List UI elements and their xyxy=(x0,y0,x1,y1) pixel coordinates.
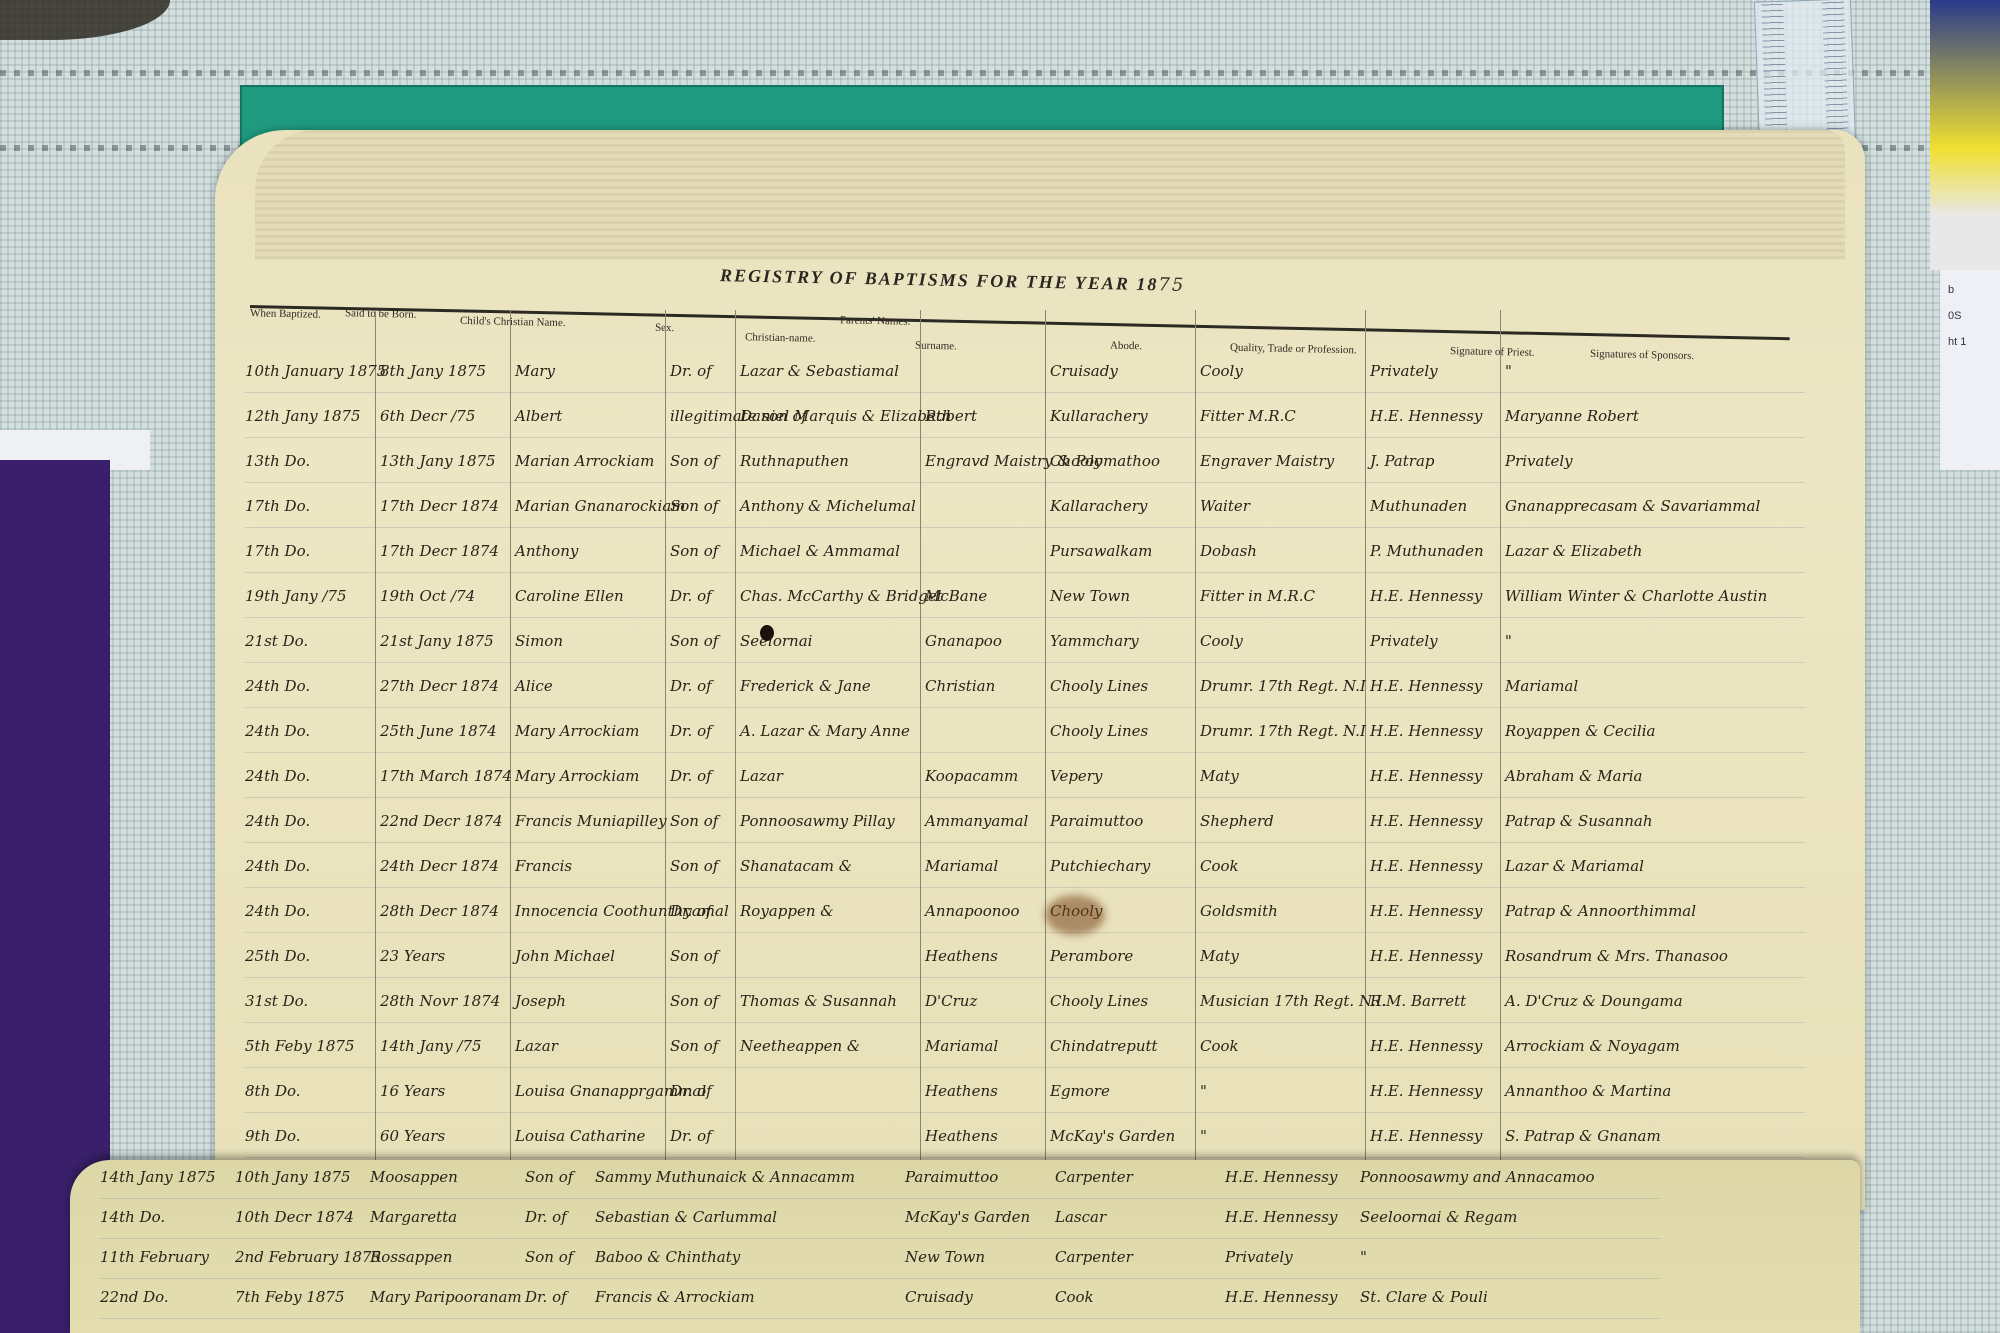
cell-name: Caroline Ellen xyxy=(515,587,695,605)
cell-name: Marian Arrockiam xyxy=(515,452,695,470)
page-title: REGISTRY OF BAPTISMS FOR THE YEAR 1875 xyxy=(720,265,1186,296)
cell-priest: H.E. Hennessy xyxy=(1370,1082,1510,1100)
cell-abode: Cruisady xyxy=(1050,362,1200,380)
cell-sex: Son of xyxy=(670,497,740,515)
cell-trade: Cook xyxy=(1200,1037,1380,1055)
cell-born: 28th Decr 1874 xyxy=(380,902,520,920)
cell-sponsors: Gnanapprecasam & Savariammal xyxy=(1505,497,1795,515)
cell-born: 2nd February 1875 xyxy=(235,1248,375,1266)
cell-parents-christian: Chas. McCarthy & Bridget xyxy=(740,587,930,605)
cell-trade: Waiter xyxy=(1200,497,1380,515)
cell-born: 6th Decr /75 xyxy=(380,407,520,425)
cell-abode: Pursawalkam xyxy=(1050,542,1200,560)
notecard: b 0S ht 1 xyxy=(1940,270,2000,470)
cell-sponsors: A. D'Cruz & Doungama xyxy=(1505,992,1795,1010)
col-header-name: Child's Christian Name. xyxy=(460,315,566,329)
cell-trade: Cook xyxy=(1200,857,1380,875)
cell-parents-christian: Sebastian & Carlummal xyxy=(595,1208,785,1226)
cell-parents-christian: Francis & Arrockiam xyxy=(595,1288,785,1306)
cell-baptized: 11th February xyxy=(100,1248,230,1266)
cell-sponsors: " xyxy=(1505,632,1795,650)
cell-priest: H.E. Hennessy xyxy=(1370,902,1510,920)
cell-born: 25th June 1874 xyxy=(380,722,520,740)
col-header-parents: Parents' Names. xyxy=(840,314,911,327)
cell-sponsors: Patrap & Susannah xyxy=(1505,812,1795,830)
cell-parents-christian: Anthony & Michelumal xyxy=(740,497,930,515)
cell-abode: Kallarachery xyxy=(1050,497,1200,515)
cell-name: Mary Paripooranam xyxy=(370,1288,550,1306)
cell-born: 17th March 1874 xyxy=(380,767,520,785)
cell-abode: Chooly Lines xyxy=(1050,992,1200,1010)
cell-born: 24th Decr 1874 xyxy=(380,857,520,875)
cell-parents-christian: Shanatacam & xyxy=(740,857,930,875)
lace-pattern-band xyxy=(0,70,2000,76)
cell-born: 10th Jany 1875 xyxy=(235,1168,375,1186)
col-header-born: Said to be Born. xyxy=(345,307,417,320)
cell-sponsors: Privately xyxy=(1505,452,1795,470)
cell-sex: Son of xyxy=(670,1037,740,1055)
cell-parents-christian: Lazar & Sebastiamal xyxy=(740,362,930,380)
cell-sex: Son of xyxy=(670,542,740,560)
cell-priest: P. Muthunaden xyxy=(1370,542,1510,560)
cell-parents-christian: A. Lazar & Mary Anne xyxy=(740,722,930,740)
cell-baptized: 24th Do. xyxy=(245,722,375,740)
cell-abode: McKay's Garden xyxy=(1050,1127,1200,1145)
cell-trade: Musician 17th Regt. N.I. xyxy=(1200,992,1380,1010)
cell-abode: Kullarachery xyxy=(1050,407,1200,425)
cell-sex: Dr. of xyxy=(670,587,740,605)
cell-priest: Privately xyxy=(1370,362,1510,380)
cell-sex: Son of xyxy=(670,992,740,1010)
cell-priest: H.E. Hennessy xyxy=(1370,1037,1510,1055)
cell-priest: H.E. Hennessy xyxy=(1370,407,1510,425)
cell-priest: H.E. Hennessy xyxy=(1370,1127,1510,1145)
col-header-trade: Quality, Trade or Profession. xyxy=(1230,342,1357,357)
cell-name: Marian Gnanarockiam xyxy=(515,497,695,515)
cell-trade: Maty xyxy=(1200,947,1380,965)
cell-name: John Michael xyxy=(515,947,695,965)
cell-name: Lazar xyxy=(515,1037,695,1055)
col-header-abode: Abode. xyxy=(1110,340,1142,353)
cell-sponsors: William Winter & Charlotte Austin xyxy=(1505,587,1795,605)
cell-trade: " xyxy=(1200,1082,1380,1100)
cell-trade: Drumr. 17th Regt. N.I xyxy=(1200,677,1380,695)
cell-parents-christian: Royappen & xyxy=(740,902,930,920)
cell-priest: H.E. Hennessy xyxy=(1370,767,1510,785)
cell-abode: Vepery xyxy=(1050,767,1200,785)
cell-born: 27th Decr 1874 xyxy=(380,677,520,695)
cell-name: Louisa Catharine xyxy=(515,1127,695,1145)
cell-trade: Cook xyxy=(1055,1288,1235,1306)
cell-baptized: 12th Jany 1875 xyxy=(245,407,375,425)
cell-born: 7th Feby 1875 xyxy=(235,1288,375,1306)
cell-sex: Dr. of xyxy=(525,1208,595,1226)
cell-trade: " xyxy=(1200,1127,1380,1145)
cell-born: 23 Years xyxy=(380,947,520,965)
cell-baptized: 17th Do. xyxy=(245,497,375,515)
cell-baptized: 14th Do. xyxy=(100,1208,230,1226)
cell-sex: Dr. of xyxy=(670,902,740,920)
cell-abode: Perambore xyxy=(1050,947,1200,965)
cell-born: 17th Decr 1874 xyxy=(380,497,520,515)
cell-sponsors: Royappen & Cecilia xyxy=(1505,722,1795,740)
cell-baptized: 24th Do. xyxy=(245,857,375,875)
cell-name: Simon xyxy=(515,632,695,650)
cell-abode: Chooly xyxy=(1050,452,1200,470)
cell-baptized: 8th Do. xyxy=(245,1082,375,1100)
cell-sponsors: Lazar & Elizabeth xyxy=(1505,542,1795,560)
cell-name: Francis xyxy=(515,857,695,875)
cell-sex: Dr. of xyxy=(670,1082,740,1100)
cell-parents-christian: Ponnoosawmy Pillay xyxy=(740,812,930,830)
cell-sponsors: Mariamal xyxy=(1505,677,1795,695)
cell-abode: New Town xyxy=(905,1248,1055,1266)
cell-baptized: 14th Jany 1875 xyxy=(100,1168,230,1186)
cell-sex: Dr. of xyxy=(670,362,740,380)
cell-abode: New Town xyxy=(1050,587,1200,605)
cell-name: Innocencia Coothunthyamal xyxy=(515,902,695,920)
cell-sponsors: Arrockiam & Noyagam xyxy=(1505,1037,1795,1055)
cell-trade: Fitter M.R.C xyxy=(1200,407,1380,425)
cell-trade: Shepherd xyxy=(1200,812,1380,830)
cell-sponsors: Annanthoo & Martina xyxy=(1505,1082,1795,1100)
cell-baptized: 25th Do. xyxy=(245,947,375,965)
cell-priest: H.E. Hennessy xyxy=(1370,587,1510,605)
cell-abode: Cruisady xyxy=(905,1288,1055,1306)
cell-sex: Son of xyxy=(525,1168,595,1186)
cell-parents-christian: Neetheappen & xyxy=(740,1037,930,1055)
cell-trade: Maty xyxy=(1200,767,1380,785)
cell-priest: H.E. Hennessy xyxy=(1225,1168,1365,1186)
cell-baptized: 13th Do. xyxy=(245,452,375,470)
cell-sex: Son of xyxy=(670,452,740,470)
cell-born: 8th Jany 1875 xyxy=(380,362,520,380)
cell-name: Albert xyxy=(515,407,695,425)
cell-parents-christian: Michael & Ammamal xyxy=(740,542,930,560)
cell-priest: Muthunaden xyxy=(1370,497,1510,515)
cell-parents-christian: Lazar xyxy=(740,767,930,785)
cell-trade: Cooly xyxy=(1200,632,1380,650)
cell-abode: Yammchary xyxy=(1050,632,1200,650)
cell-abode: Paraimuttoo xyxy=(1050,812,1200,830)
cell-priest: H.E. Hennessy xyxy=(1370,947,1510,965)
col-header-parent-christian: Christian-name. xyxy=(745,331,816,344)
cell-name: Alice xyxy=(515,677,695,695)
cell-name: Rossappen xyxy=(370,1248,550,1266)
cell-sex: Dr. of xyxy=(670,1127,740,1145)
col-header-baptized: When Baptized. xyxy=(250,307,321,320)
cell-baptized: 5th Feby 1875 xyxy=(245,1037,375,1055)
cell-born: 14th Jany /75 xyxy=(380,1037,520,1055)
cell-sex: Son of xyxy=(670,632,740,650)
cell-trade: Dobash xyxy=(1200,542,1380,560)
cell-sponsors: S. Patrap & Gnanam xyxy=(1505,1127,1795,1145)
cell-sex: Son of xyxy=(670,812,740,830)
cell-name: Mary Arrockiam xyxy=(515,722,695,740)
cell-trade: Carpenter xyxy=(1055,1248,1235,1266)
cell-sex: Son of xyxy=(670,947,740,965)
cell-baptized: 19th Jany /75 xyxy=(245,587,375,605)
cell-name: Mary Arrockiam xyxy=(515,767,695,785)
cell-sponsors: St. Clare & Pouli xyxy=(1360,1288,1650,1306)
cell-parents-christian: Thomas & Susannah xyxy=(740,992,930,1010)
cell-born: 17th Decr 1874 xyxy=(380,542,520,560)
cell-born: 28th Novr 1874 xyxy=(380,992,520,1010)
cell-abode: Chooly Lines xyxy=(1050,722,1200,740)
cell-sponsors: Lazar & Mariamal xyxy=(1505,857,1795,875)
cell-sponsors: Maryanne Robert xyxy=(1505,407,1795,425)
cell-priest: H.E. Hennessy xyxy=(1370,677,1510,695)
cell-priest: H.E. Hennessy xyxy=(1370,857,1510,875)
cell-born: 16 Years xyxy=(380,1082,520,1100)
cell-priest: H.E. Hennessy xyxy=(1225,1288,1365,1306)
magazine xyxy=(1930,0,2000,270)
cell-trade: Carpenter xyxy=(1055,1168,1235,1186)
cell-name: Francis Muniapilley xyxy=(515,812,695,830)
cell-trade: Fitter in M.R.C xyxy=(1200,587,1380,605)
cell-baptized: 24th Do. xyxy=(245,677,375,695)
cell-born: 13th Jany 1875 xyxy=(380,452,520,470)
cell-abode: McKay's Garden xyxy=(905,1208,1055,1226)
cell-priest: J. Patrap xyxy=(1370,452,1510,470)
cell-sponsors: " xyxy=(1505,362,1795,380)
cell-sponsors: Ponnoosawmy and Annacamoo xyxy=(1360,1168,1650,1186)
cell-name: Margaretta xyxy=(370,1208,550,1226)
col-header-sponsors: Signatures of Sponsors. xyxy=(1590,348,1694,362)
cell-baptized: 17th Do. xyxy=(245,542,375,560)
cell-name: Moosappen xyxy=(370,1168,550,1186)
cell-trade: Engraver Maistry xyxy=(1200,452,1380,470)
cell-born: 19th Oct /74 xyxy=(380,587,520,605)
cell-parents-christian: Ruthnaputhen xyxy=(740,452,930,470)
cell-sponsors: Abraham & Maria xyxy=(1505,767,1795,785)
cell-born: 22nd Decr 1874 xyxy=(380,812,520,830)
cell-priest: R.M. Barrett xyxy=(1370,992,1510,1010)
cell-parents-christian: Sammy Muthunaick & Annacamm xyxy=(595,1168,785,1186)
ink-blot xyxy=(760,625,774,641)
cell-trade: Lascar xyxy=(1055,1208,1235,1226)
cell-baptized: 10th January 1875 xyxy=(245,362,375,380)
cell-priest: H.E. Hennessy xyxy=(1225,1208,1365,1226)
cell-name: Mary xyxy=(515,362,695,380)
cell-sex: Dr. of xyxy=(670,722,740,740)
cell-baptized: 24th Do. xyxy=(245,812,375,830)
cell-abode: Egmore xyxy=(1050,1082,1200,1100)
cell-name: Joseph xyxy=(515,992,695,1010)
lower-ledger-page: 14th Jany 187510th Jany 1875MoosappenSon… xyxy=(70,1160,1860,1333)
cell-abode: Chooly Lines xyxy=(1050,677,1200,695)
cell-abode: Putchiechary xyxy=(1050,857,1200,875)
cell-baptized: 31st Do. xyxy=(245,992,375,1010)
cell-sponsors: Seeloornai & Regam xyxy=(1360,1208,1650,1226)
cell-sponsors: Rosandrum & Mrs. Thanasoo xyxy=(1505,947,1795,965)
cell-abode: Paraimuttoo xyxy=(905,1168,1055,1186)
cell-born: 21st Jany 1875 xyxy=(380,632,520,650)
cell-sex: Son of xyxy=(670,857,740,875)
cell-sponsors: " xyxy=(1360,1248,1650,1266)
cell-abode: Chindatreputt xyxy=(1050,1037,1200,1055)
page-edges xyxy=(255,130,1845,260)
cell-trade: Goldsmith xyxy=(1200,902,1380,920)
cell-name: Louisa Gnanapprgammal xyxy=(515,1082,695,1100)
cell-priest: H.E. Hennessy xyxy=(1370,722,1510,740)
cell-sex: Son of xyxy=(525,1248,595,1266)
cell-born: 10th Decr 1874 xyxy=(235,1208,375,1226)
cell-trade: Drumr. 17th Regt. N.I xyxy=(1200,722,1380,740)
cell-parents-christian: Baboo & Chinthaty xyxy=(595,1248,785,1266)
ledger-page: REGISTRY OF BAPTISMS FOR THE YEAR 1875 W… xyxy=(215,130,1865,1210)
cell-sex: Dr. of xyxy=(670,767,740,785)
cell-parents-christian: Frederick & Jane xyxy=(740,677,930,695)
cell-parents-christian: Daniel Marquis & Elizabeth xyxy=(740,407,930,425)
cell-name: Anthony xyxy=(515,542,695,560)
cell-baptized: 21st Do. xyxy=(245,632,375,650)
cell-sex: Dr. of xyxy=(525,1288,595,1306)
cell-priest: Privately xyxy=(1370,632,1510,650)
col-header-priest: Signature of Priest. xyxy=(1450,345,1535,359)
cell-born: 60 Years xyxy=(380,1127,520,1145)
cell-baptized: 24th Do. xyxy=(245,902,375,920)
cell-sponsors: Patrap & Annoorthimmal xyxy=(1505,902,1795,920)
cell-baptized: 9th Do. xyxy=(245,1127,375,1145)
cell-trade: Cooly xyxy=(1200,362,1380,380)
cell-sex: illegitimate son of xyxy=(670,407,740,425)
cell-priest: H.E. Hennessy xyxy=(1370,812,1510,830)
cell-baptized: 24th Do. xyxy=(245,767,375,785)
col-header-parent-surname: Surname. xyxy=(915,340,957,353)
stain xyxy=(1045,895,1105,935)
cell-sex: Dr. of xyxy=(670,677,740,695)
cell-priest: Privately xyxy=(1225,1248,1365,1266)
cell-baptized: 22nd Do. xyxy=(100,1288,230,1306)
